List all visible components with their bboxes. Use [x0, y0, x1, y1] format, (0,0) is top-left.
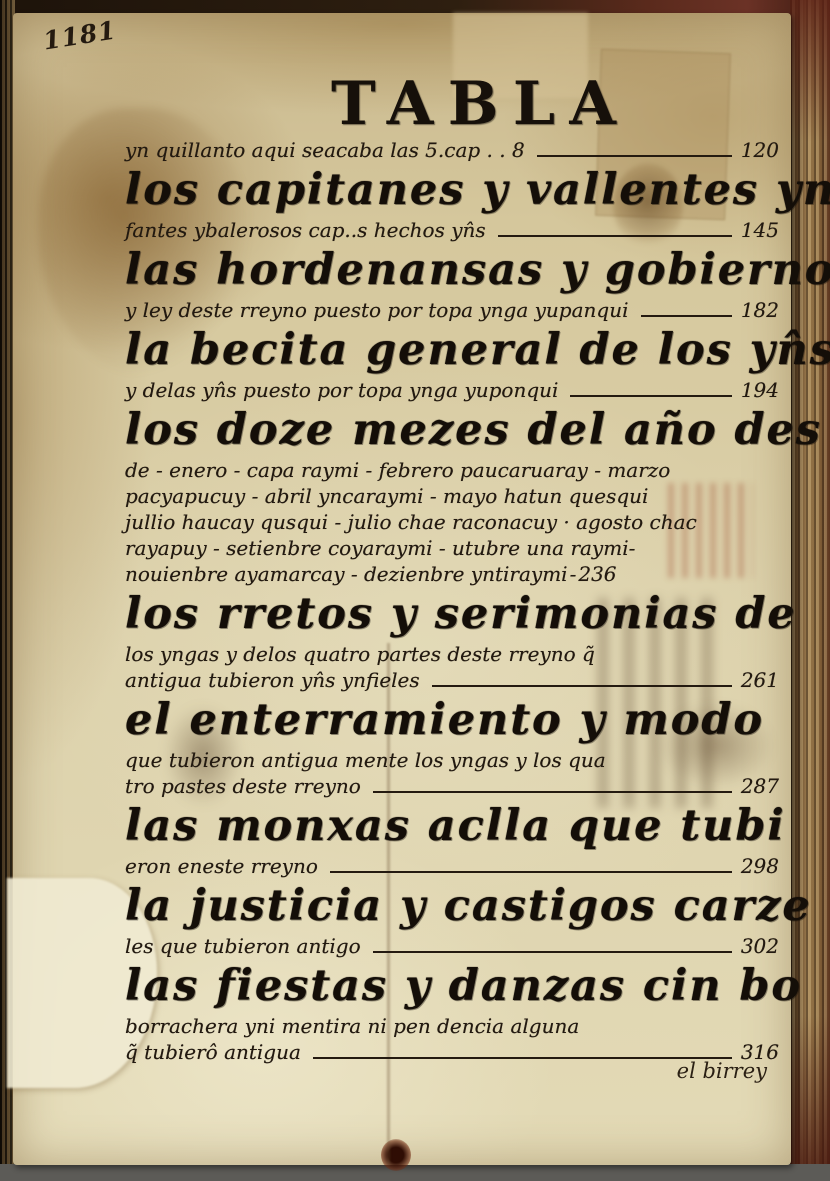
entry-text: pacyapucuy - abril yncaraymi - mayo hatu…: [125, 483, 648, 509]
leader-line: [330, 871, 732, 873]
entry-page-number: 145: [741, 217, 779, 243]
entry-text: jullio haucay qusqui - julio chae racona…: [125, 509, 697, 535]
folio-number: 1181: [41, 15, 118, 55]
entry-text: las monxas aclla que tubi: [125, 801, 786, 851]
entry-text: fantes ybalerosos cap..s hechos yn̂s: [125, 217, 486, 243]
toc-heading-row: las fiestas y danzas cin bo: [125, 959, 779, 1013]
entry-text: les que tubieron antigo: [125, 933, 361, 959]
entry-page-number: 236: [578, 561, 616, 587]
entry-text: las hordenansas y gobierno: [125, 245, 830, 295]
entry-page-number: 194: [741, 377, 779, 403]
toc-heading-row: la becita general de los yn̂s: [125, 323, 779, 377]
entry-text: nouienbre ayamarcay - dezienbre yntiraym…: [125, 561, 568, 587]
toc-sub-row: y delas yn̂s puesto por topa ynga yuponq…: [125, 377, 779, 403]
entry-page-number: 298: [741, 853, 779, 879]
entry-text: que tubieron antigua mente los yngas y l…: [125, 747, 606, 773]
entry-page-number: 182: [741, 297, 779, 323]
toc-heading-row: los doze mezes del año des: [125, 403, 779, 457]
leader-line: [373, 791, 732, 793]
toc-heading-row: las hordenansas y gobierno: [125, 243, 779, 297]
entry-text: antigua tubieron yn̂s ynfieles: [125, 667, 420, 693]
entry-text: eron eneste rreyno: [125, 853, 318, 879]
page-title: TABLA: [331, 69, 630, 139]
catchword: el birrey: [125, 1059, 779, 1083]
toc-sub-row: los yngas y delos quatro partes deste rr…: [125, 641, 779, 667]
entry-page-number: 302: [741, 933, 779, 959]
manuscript-page: 1181 TABLA yn quillanto aqui seacaba las…: [13, 13, 791, 1165]
entry-text: los rretos y serimonias de: [125, 589, 797, 639]
entry-text: rayapuy - setienbre coyaraymi - utubre u…: [125, 535, 635, 561]
entry-page-number: 287: [741, 773, 779, 799]
toc-heading-row: los rretos y serimonias de: [125, 587, 779, 641]
entry-text: borrachera yni mentira ni pen dencia alg…: [125, 1013, 579, 1039]
entry-text: el enterramiento y modo: [125, 695, 764, 745]
entry-text: tro pastes deste rreyno: [125, 773, 361, 799]
toc-sub-row: rayapuy - setienbre coyaraymi - utubre u…: [125, 535, 779, 561]
leader-line: [498, 235, 732, 237]
dash: -: [570, 561, 577, 587]
entry-page-number: 120: [741, 137, 779, 163]
toc-sub-row: fantes ybalerosos cap..s hechos yn̂s145: [125, 217, 779, 243]
toc-sub-row: eron eneste rreyno298: [125, 853, 779, 879]
entry-text: las fiestas y danzas cin bo: [125, 961, 802, 1011]
entry-text: de - enero - capa raymi - febrero paucar…: [125, 457, 670, 483]
table-of-contents: yn quillanto aqui seacaba las 5.cap . . …: [125, 137, 779, 1065]
toc-heading-row: los capitanes y vallentes yn: [125, 163, 779, 217]
toc-sub-row: yn quillanto aqui seacaba las 5.cap . . …: [125, 137, 779, 163]
toc-heading-row: el enterramiento y modo: [125, 693, 779, 747]
entry-text: los yngas y delos quatro partes deste rr…: [125, 641, 595, 667]
entry-text: la justicia y castigos carze: [125, 881, 812, 931]
toc-sub-row: y ley deste rreyno puesto por topa ynga …: [125, 297, 779, 323]
leader-line: [373, 951, 732, 953]
leader-line: [537, 155, 732, 157]
toc-sub-row: nouienbre ayamarcay - dezienbre yntiraym…: [125, 561, 779, 587]
manuscript-photo: { "document": { "folio_number": "1181", …: [0, 0, 830, 1181]
entry-text: los doze mezes del año des: [125, 405, 822, 455]
table-surface: [0, 1164, 830, 1181]
toc-heading-row: las monxas aclla que tubi: [125, 799, 779, 853]
entry-text: la becita general de los yn̂s: [125, 325, 830, 375]
entry-text: y ley deste rreyno puesto por topa ynga …: [125, 297, 629, 323]
entry-text: y delas yn̂s puesto por topa ynga yuponq…: [125, 377, 558, 403]
entry-text: yn quillanto aqui seacaba las 5.cap . . …: [125, 137, 525, 163]
leader-line: [570, 395, 731, 397]
toc-sub-row: que tubieron antigua mente los yngas y l…: [125, 747, 779, 773]
entry-page-number: 261: [741, 667, 779, 693]
toc-sub-row: antigua tubieron yn̂s ynfieles261: [125, 667, 779, 693]
toc-sub-row: tro pastes deste rreyno287: [125, 773, 779, 799]
toc-heading-row: la justicia y castigos carze: [125, 879, 779, 933]
toc-sub-row: de - enero - capa raymi - febrero paucar…: [125, 457, 779, 483]
leader-line: [641, 315, 732, 317]
toc-sub-row: pacyapucuy - abril yncaraymi - mayo hatu…: [125, 483, 779, 509]
entry-text: los capitanes y vallentes yn: [125, 165, 830, 215]
toc-sub-row: jullio haucay qusqui - julio chae racona…: [125, 509, 779, 535]
leader-line: [432, 685, 732, 687]
toc-sub-row: les que tubieron antigo302: [125, 933, 779, 959]
toc-sub-row: borrachera yni mentira ni pen dencia alg…: [125, 1013, 779, 1039]
